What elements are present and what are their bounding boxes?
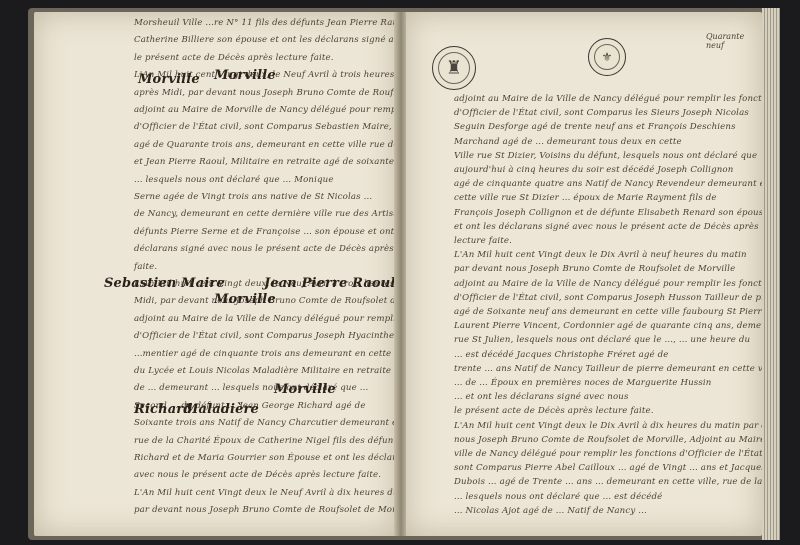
handwritten-line: agé de Soixante neuf ans demeurant en ce… — [454, 307, 762, 317]
handwritten-line: Laurent Pierre Vincent, Cordonnier agé d… — [454, 321, 762, 331]
open-register-book: Morsheuil Ville ...re N° 11 fils des déf… — [28, 8, 780, 540]
handwritten-line: Seguin Desforge agé de trente neuf ans e… — [454, 122, 736, 132]
handwritten-line: ... de ... Époux en premières noces de M… — [454, 378, 711, 388]
timbre-stamp: ⚜ — [588, 38, 626, 76]
handwritten-line: par devant nous Joseph Bruno Comte de Ro… — [134, 505, 396, 515]
handwritten-line: avec nous le présent acte de Décès après… — [134, 470, 381, 480]
handwritten-line: et ont les déclarans signé avec nous le … — [454, 222, 759, 232]
right-page: ♜ ⚜ Quarante neuf adjoint au Maire de la… — [406, 12, 762, 536]
signature: Morville — [214, 68, 276, 83]
handwritten-line: d'Officier de l'État civil, sont Comparu… — [134, 331, 396, 341]
handwritten-line: Marchand agé de ... demeurant tous deux … — [454, 137, 682, 147]
handwritten-line: Ville rue St Dizier, Voisins du défunt, … — [454, 151, 757, 161]
signature: Morville — [138, 72, 200, 87]
handwritten-line: ... lesquels nous ont déclaré que ... Mo… — [134, 175, 334, 185]
handwritten-line: le présent acte de Décès après lecture f… — [134, 53, 334, 63]
handwritten-line: L'An Mil huit cent Vingt deux le Dix Avr… — [454, 250, 747, 260]
handwritten-line: aujourd'hui à cinq heures du soir est dé… — [454, 165, 733, 175]
page-number: Quarante neuf — [706, 32, 762, 50]
handwritten-line: et Jean Pierre Raoul, Militaire en retra… — [134, 157, 396, 167]
signature: Jean Pierre Raoul — [264, 276, 395, 291]
seated-figure-icon: ♜ — [446, 58, 462, 79]
handwritten-line: agé de Quarante trois ans, demeurant en … — [134, 140, 396, 150]
handwritten-line: L'An Mil huit cent Vingt deux le Neuf Av… — [134, 488, 396, 498]
handwritten-line: Dubois ... agé de Trente ... ans ... dem… — [454, 477, 762, 487]
signature: Sebastien Maire — [104, 276, 225, 291]
handwritten-line: Catherine Billiere son épouse et ont les… — [134, 35, 396, 45]
handwritten-line: ... lesquels nous ont déclaré que ... es… — [454, 492, 662, 502]
fleur-icon: ⚜ — [602, 50, 613, 64]
page-edges — [762, 8, 780, 540]
handwritten-line: ... et ont les déclarans signé avec nous — [454, 392, 629, 402]
handwritten-line: rue de la Charité Époux de Catherine Nig… — [134, 436, 396, 446]
handwritten-line: faite. — [134, 262, 157, 272]
handwritten-line: déclarans signé avec nous le présent act… — [134, 244, 396, 254]
handwritten-line: du Lycée et Louis Nicolas Maladière Mili… — [134, 366, 396, 376]
handwritten-line: adjoint au Maire de la Ville de Nancy dé… — [454, 94, 762, 104]
left-page: Morsheuil Ville ...re N° 11 fils des déf… — [34, 12, 396, 536]
handwritten-line: sont Comparus Pierre Abel Cailloux ... a… — [454, 463, 762, 473]
handwritten-line: L'An Mil huit cent Vingt deux le Dix Avr… — [454, 421, 762, 431]
handwritten-line: ville de Nancy délégué pour remplir les … — [454, 449, 762, 459]
handwritten-line: de Nancy, demeurant en cette dernière vi… — [134, 209, 396, 219]
handwritten-line: agé de cinquante quatre ans Natif de Nan… — [454, 179, 762, 189]
handwritten-line: cette ville rue St Dizier ... époux de M… — [454, 193, 717, 203]
handwritten-line: d'Officier de l'État civil, sont Comparu… — [454, 293, 762, 303]
handwritten-line: défunts Pierre Serne et de Françoise ...… — [134, 227, 396, 237]
handwritten-line: adjoint au Maire de Morville de Nancy dé… — [134, 105, 396, 115]
handwritten-line: Serne agée de Vingt trois ans native de … — [134, 192, 372, 202]
signature: Maladière — [184, 402, 259, 417]
handwritten-line: le présent acte de Décès après lecture f… — [454, 406, 654, 416]
seal-stamp-left: ♜ — [432, 46, 476, 90]
handwritten-line: nous Joseph Bruno Comte de Roufsolet de … — [454, 435, 762, 445]
handwritten-line: d'Officier de l'État civil, sont Comparu… — [454, 108, 749, 118]
handwritten-line: ... Nicolas Ajot agé de ... Natif de Nan… — [454, 506, 647, 516]
handwritten-line: adjoint au Maire de la Ville de Nancy dé… — [454, 279, 762, 289]
handwritten-line: ...mentier agé de cinquante trois ans de… — [134, 349, 396, 359]
handwritten-line: par devant nous Joseph Bruno Comte de Ro… — [454, 264, 735, 274]
signature: Morville — [274, 382, 336, 397]
handwritten-line: d'Officier de l'État civil, sont Comparu… — [134, 122, 396, 132]
signature: Morville — [214, 292, 276, 307]
handwritten-line: lecture faite. — [454, 236, 512, 246]
handwritten-line: ... est décédé Jacques Christophe Fréret… — [454, 350, 669, 360]
handwritten-line: trente ... ans Natif de Nancy Tailleur d… — [454, 364, 762, 374]
handwritten-line: Morsheuil Ville ...re N° 11 fils des déf… — [134, 18, 396, 28]
handwritten-line: Soixante trois ans Natif de Nancy Charcu… — [134, 418, 396, 428]
handwritten-line: rue St Julien, lesquels nous ont déclaré… — [454, 335, 750, 345]
handwritten-line: après Midi, par devant nous Joseph Bruno… — [134, 88, 396, 98]
handwritten-line: adjoint au Maire de la Ville de Nancy dé… — [134, 314, 396, 324]
handwritten-line: Richard et de Maria Gourrier son Épouse … — [134, 453, 396, 463]
handwritten-line: François Joseph Collignon et de défunte … — [454, 208, 762, 218]
